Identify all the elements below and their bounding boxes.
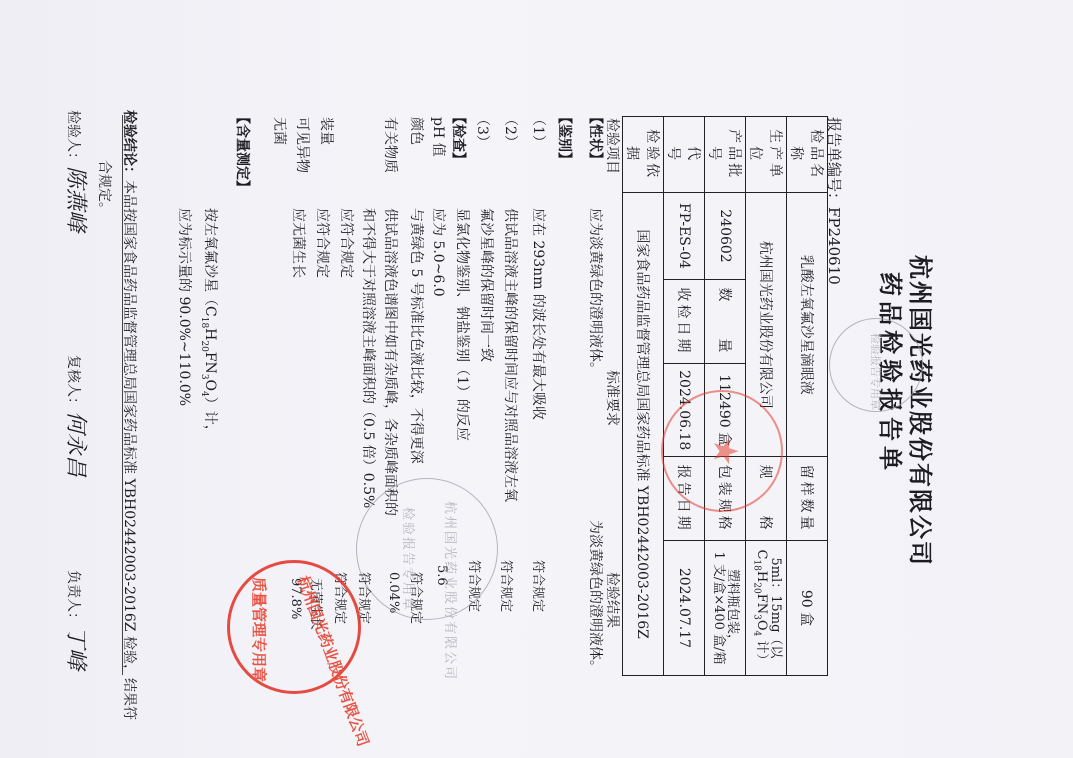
section-assay: 【含量测定】	[233, 110, 253, 194]
header-result: 检验结果	[603, 572, 623, 628]
responsible-label: 负责人：	[65, 570, 81, 626]
red-stamp-quality: 杭州国光药业股份有限公司 质量管理专用章	[227, 560, 361, 694]
package-line-2: 1 支/盒×400 盒/箱	[711, 547, 725, 669]
inspector-signature: 陈燕峰	[63, 166, 88, 232]
ph-standard: 应为 5.0~6.0	[429, 208, 449, 297]
gray-stamp-top: 检验报告专用章	[829, 318, 923, 412]
color-standard: 与黄绿色 5 号标准比色液比较，不得更深	[407, 208, 427, 464]
inspector-label: 检验人：	[65, 110, 81, 166]
id1-result: 符合规定	[530, 560, 549, 612]
batch: 240602	[705, 193, 746, 279]
sterility-item: 无菌	[270, 117, 290, 145]
conclusion-line-2: 合规定。	[95, 160, 115, 216]
assay-standard-2: 应为标示量的 90.0%~110.0%	[175, 208, 195, 406]
id1-standard: 应在 293nm 的波长处有最大吸收	[529, 208, 549, 420]
basis-label: 检验依据	[623, 117, 664, 193]
visible-standard: 应符合规定	[313, 208, 333, 278]
id2-standard-2: 氟沙星峰的保留时间一致	[477, 208, 497, 362]
assay-standard-1: 按左氧氟沙星（C18H20FN3O4）计，	[199, 208, 221, 439]
conclusion-text-1: 本品按国家食品药品监督管理总局国家药品标准 YBH02442003-2016Z …	[121, 180, 137, 720]
code-label: 代 号	[664, 117, 705, 193]
sterility-standard: 应无菌生长	[289, 208, 309, 278]
ph-item: pH 值	[429, 117, 449, 157]
divider	[122, 115, 123, 675]
star-icon: ★	[705, 436, 745, 466]
id2-result: 符合规定	[498, 560, 517, 612]
reviewer: 复核人：何永昌	[62, 355, 93, 477]
sample-qty: 90 盒	[787, 540, 828, 675]
basis: 国家食品药品监督管理总局国家药品标准 YBH02442003-2016Z	[623, 193, 664, 676]
gray-stamp-middle: 杭州国光药业股份有限公司 检验报告专用章	[356, 478, 498, 620]
fill-standard: 应符合规定	[337, 208, 357, 278]
gray-stamp-text: 检验报告专用章	[868, 333, 884, 410]
section-check: 【检查】	[449, 110, 469, 166]
related-standard-2: 和不得大于对照溶液主峰面积的（0.5 倍）0.5%	[359, 208, 379, 508]
header-item: 检验项目	[603, 118, 623, 174]
reviewer-signature: 何永昌	[63, 411, 88, 477]
reviewer-label: 复核人：	[65, 355, 81, 411]
responsible: 负责人：丁峰	[62, 570, 93, 670]
product-name: 乳酸左氧氟沙星滴眼液	[787, 193, 828, 457]
report-date: 2024.07.17	[664, 540, 705, 675]
visible-item: 可见异物	[293, 117, 313, 173]
section-identification: 【鉴别】	[555, 110, 575, 166]
id3-item: （3）	[473, 112, 493, 149]
spec-line-2: C18H20FN3O4 计）	[750, 547, 769, 669]
color-item: 颜色	[407, 117, 427, 145]
batch-label: 产品批号	[705, 117, 746, 193]
manufacturer-label: 生产单位	[746, 117, 787, 193]
id3-standard: 显氯化物鉴别、钠盐鉴别（1）的反应	[453, 208, 473, 441]
id2-item: （2）	[501, 112, 521, 149]
product-name-label: 检品名称	[787, 117, 828, 193]
related-standard-1: 供试品溶液色谱图中如有杂质峰，各杂质峰面积的	[381, 208, 401, 516]
red-stamp-table: ★	[661, 390, 783, 512]
fill-item: 装量	[317, 117, 337, 145]
appearance-standard: 应为淡黄绿色的澄明液体。	[586, 208, 606, 376]
id2-standard-1: 供试品溶液主峰的保留时间应与对照品溶液左氧	[501, 208, 521, 502]
conclusion-label: 检验结论：	[121, 110, 137, 180]
package: 塑料瓶包装， 1 支/盒×400 盒/箱	[705, 540, 746, 675]
id1-item: （1）	[529, 112, 549, 149]
spec: 5ml：15mg（以 C18H20FN3O4 计）	[746, 540, 787, 675]
inspector: 检验人：陈燕峰	[62, 110, 93, 232]
related-item: 有关物质	[381, 117, 401, 173]
red-stamp-bottom-text: 质量管理专用章	[249, 577, 270, 682]
header-standard: 标准要求	[603, 370, 623, 426]
conclusion-line-1: 检验结论：本品按国家食品药品监督管理总局国家药品标准 YBH02442003-2…	[120, 110, 140, 720]
table-row: 检品名称 乳酸左氧氟沙星滴眼液 留样数量 90 盒	[787, 117, 828, 676]
responsible-signature: 丁峰	[63, 626, 88, 670]
section-appearance: 【性状】	[586, 110, 606, 166]
package-line-1: 塑料瓶包装，	[725, 547, 739, 669]
company-title: 杭州国光药业股份有限公司	[905, 255, 940, 567]
table-row: 检验依据 国家食品药品监督管理总局国家药品标准 YBH02442003-2016…	[623, 117, 664, 676]
inspection-report-document: 杭州国光药业股份有限公司 药品检验报告单 检验报告专用章 报告单编号：FP240…	[0, 0, 1073, 758]
code: FP-ES-04	[664, 193, 705, 279]
gray-stamp-bottom-text: 检验报告专用章	[400, 507, 419, 612]
sample-qty-label: 留样数量	[787, 457, 828, 541]
scanned-page: 杭州国光药业股份有限公司 药品检验报告单 检验报告专用章 报告单编号：FP240…	[0, 0, 1073, 758]
table-row: 生产单位 杭州国光药业股份有限公司 规 格 5ml：15mg（以 C18H20F…	[746, 117, 787, 676]
gray-stamp-top-text: 杭州国光药业股份有限公司	[442, 501, 461, 681]
spec-line-1: 5ml：15mg（以	[768, 547, 782, 669]
appearance-result: 为淡黄绿色的澄明液体。	[586, 520, 606, 674]
received-date-label: 收检日期	[664, 279, 705, 363]
quantity-label: 数 量	[705, 279, 746, 363]
